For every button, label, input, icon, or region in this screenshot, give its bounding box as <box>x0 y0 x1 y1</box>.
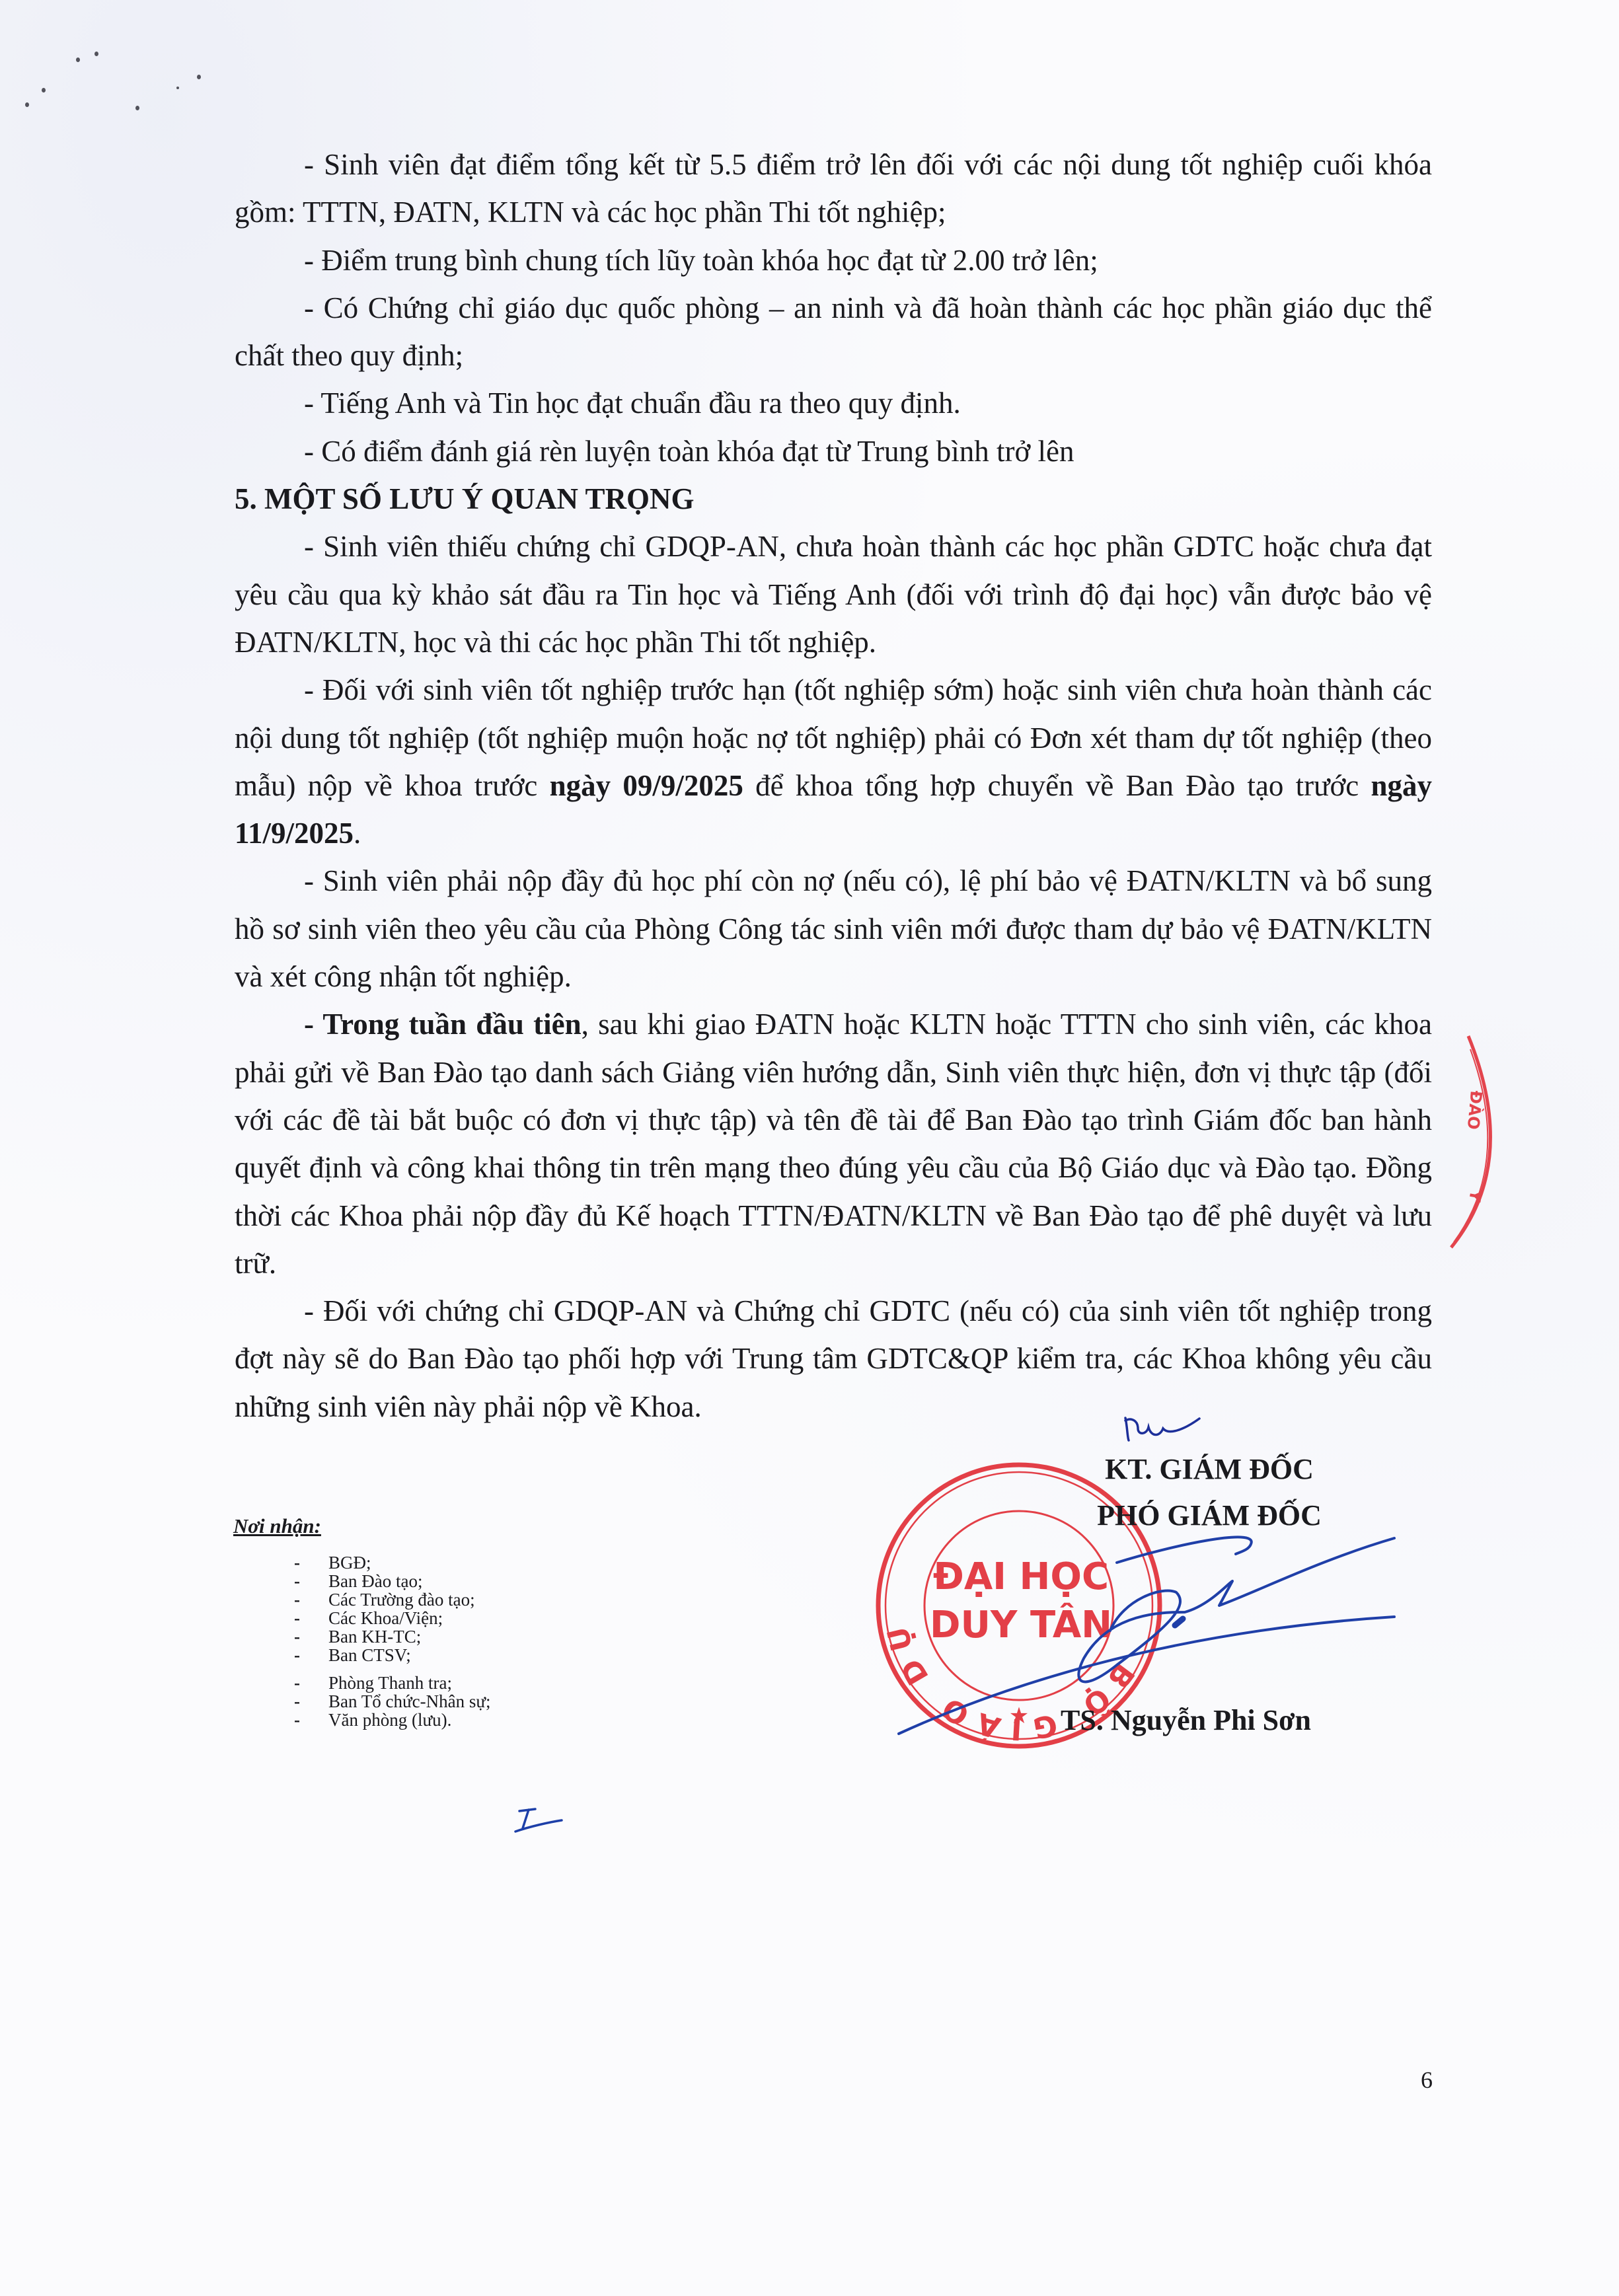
scan-speck <box>176 87 179 89</box>
requirement-item: - Tiếng Anh và Tin học đạt chuẩn đầu ra … <box>235 379 1432 427</box>
recipient-item: Ban CTSV; <box>294 1646 490 1664</box>
signature-title-on-behalf: KT. GIÁM ĐỐC <box>1031 1452 1388 1486</box>
scan-speck <box>94 52 98 56</box>
margin-seal-fragment-icon: ĐÀO Y <box>1451 1036 1490 1247</box>
scan-speck <box>42 88 46 93</box>
scan-speck <box>135 106 139 110</box>
requirement-item: - Có Chứng chỉ giáo dục quốc phòng – an … <box>235 284 1432 380</box>
stamp-center-line-1: ĐẠI HỌC <box>933 1555 1109 1598</box>
section-heading: 5. MỘT SỐ LƯU Ý QUAN TRỌNG <box>235 475 1432 523</box>
recipient-item: Ban Đào tạo; <box>294 1572 490 1590</box>
note-text: để khoa tổng hợp chuyển về Ban Đào tạo t… <box>743 769 1371 802</box>
recipients-list: BGĐ; Ban Đào tạo; Các Trường đào tạo; Cá… <box>294 1553 490 1729</box>
note-text: , sau khi giao ĐATN hoặc KLTN hoặc TTTN … <box>235 1008 1432 1279</box>
page-number: 6 <box>1421 2066 1433 2094</box>
svg-text:ĐÀO: ĐÀO <box>1464 1090 1486 1130</box>
recipient-item: Ban KH-TC; <box>294 1627 490 1646</box>
check-mark-icon <box>515 1809 562 1832</box>
recipient-item: Văn phòng (lưu). <box>294 1711 490 1729</box>
svg-text:Y: Y <box>1465 1188 1486 1204</box>
requirement-item: - Sinh viên đạt điểm tổng kết từ 5.5 điể… <box>235 141 1432 237</box>
signature-title-position: PHÓ GIÁM ĐỐC <box>1031 1499 1388 1532</box>
note-text: . <box>354 817 361 850</box>
document-body: - Sinh viên đạt điểm tổng kết từ 5.5 điể… <box>235 141 1432 1430</box>
note-paragraph-first-week: - Trong tuần đầu tiên, sau khi giao ĐATN… <box>235 1000 1432 1287</box>
scan-speck <box>197 75 201 79</box>
recipient-item: Ban Tổ chức-Nhân sự; <box>294 1692 490 1711</box>
requirement-item: - Điểm trung bình chung tích lũy toàn kh… <box>235 237 1432 284</box>
signatory-name: TS. Nguyễn Phi Sơn <box>1061 1703 1311 1737</box>
scan-speck <box>25 102 29 107</box>
stamp-star-icon: ★ <box>1009 1703 1029 1729</box>
deadline-faculty: ngày 09/9/2025 <box>550 769 743 802</box>
recipient-item: Phòng Thanh tra; <box>294 1674 490 1692</box>
scan-speck <box>76 57 80 62</box>
requirement-item: - Có điểm đánh giá rèn luyện toàn khóa đ… <box>235 427 1432 475</box>
recipient-item: BGĐ; <box>294 1553 490 1572</box>
note-bold-lead: - Trong tuần đầu tiên <box>304 1008 582 1041</box>
stamp-center-line-2: DUY TÂN <box>930 1604 1112 1647</box>
note-paragraph: - Sinh viên phải nộp đầy đủ học phí còn … <box>235 857 1432 1000</box>
note-paragraph: - Sinh viên thiếu chứng chỉ GDQP-AN, chư… <box>235 523 1432 666</box>
note-paragraph: - Đối với chứng chỉ GDQP-AN và Chứng chỉ… <box>235 1287 1432 1430</box>
recipient-item: Các Trường đào tạo; <box>294 1590 490 1609</box>
note-paragraph-deadlines: - Đối với sinh viên tốt nghiệp trước hạn… <box>235 666 1432 857</box>
recipients-title: Nơi nhận: <box>233 1514 490 1537</box>
recipients-block: Nơi nhận: BGĐ; Ban Đào tạo; Các Trường đ… <box>233 1514 490 1729</box>
recipient-item: Các Khoa/Viện; <box>294 1609 490 1627</box>
